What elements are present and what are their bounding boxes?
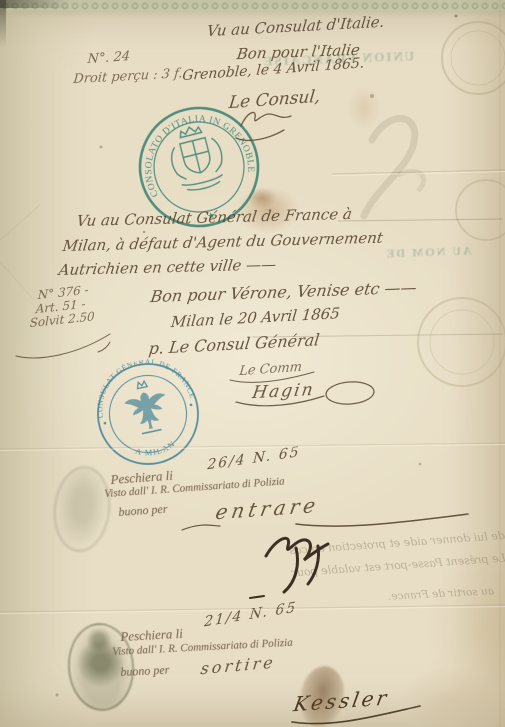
- peschiera1-date: 26/4 N. 65: [207, 444, 301, 473]
- milan-signature: Hagin: [251, 380, 316, 403]
- entrare-tail: [296, 514, 468, 526]
- french-consulate-stamp: CONSULAT GÉNÉRAL DE FRANCE A MILAN: [84, 350, 212, 478]
- bleedthrough-au-nom: AU NOM DE: [378, 243, 478, 261]
- oval-stamp-faded-1: [50, 463, 115, 554]
- ornamental-border-shadow: [0, 11, 505, 18]
- grenoble-margin-fee: Droit perçu : 3 f.: [73, 66, 184, 87]
- peschiera2-date: 21/4 N. 65: [204, 599, 298, 630]
- milan-bon-pour-line: Bon pour Vérone, Venise etc ——: [149, 278, 418, 306]
- margin-flourish: [16, 334, 110, 358]
- peschiera1-buono: buono per: [118, 502, 168, 520]
- passport-visa-page: UNION FRANÇAISE AU NOM DE de lui donner …: [0, 0, 505, 727]
- peschiera1-purpose: entrare: [214, 493, 322, 525]
- bleedthrough-line-3: au sortir de France.: [382, 585, 500, 603]
- milan-date-line: Milan le 20 Avril 1865: [170, 304, 341, 331]
- milan-visa-line-2: Milan, à défaut d'Agent du Gouvernement: [62, 229, 385, 255]
- ink-stain: [295, 663, 349, 727]
- milan-visa-line-3: Autrichien en cette ville ——: [58, 255, 278, 279]
- bleedthrough-line-2: Le présent Passe-port est valable pour: [318, 551, 505, 577]
- peschiera2-purpose: sortire: [200, 652, 277, 678]
- grenoble-margin-number: N°. 24: [87, 49, 131, 67]
- scan-edge-top: [0, 0, 70, 8]
- ornamental-border: [0, 0, 505, 11]
- scan-edge-left: [0, 0, 6, 48]
- bleedthrough-line-1: de lui donner aide et protection en cas: [305, 529, 505, 556]
- milan-clerk-line: Le Comm: [238, 360, 302, 380]
- peschiera2-buono: buono per: [120, 662, 170, 680]
- milan-visa-line-1: Vu au Consulat Général de France à: [76, 205, 354, 230]
- imperial-eagle-icon: [121, 377, 173, 436]
